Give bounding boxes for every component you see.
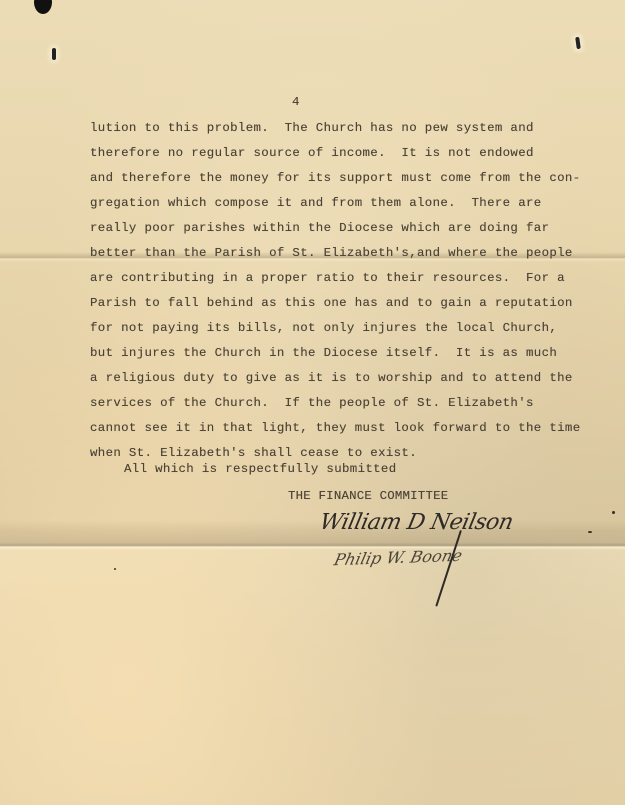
ink-speck — [114, 568, 116, 570]
body-line: a religious duty to give as it is to wor… — [90, 371, 573, 385]
paper-fold-lower — [0, 520, 625, 550]
body-line: when St. Elizabeth's shall cease to exis… — [90, 446, 417, 460]
signature-philip-boone: Philip W. Boone — [332, 546, 464, 569]
closing-line: All which is respectfully submitted — [124, 462, 397, 476]
signature-william-neilson: William D Neilson — [317, 510, 515, 535]
document-page: 4 lution to this problem. The Church has… — [0, 0, 625, 805]
body-line: services of the Church. If the people of… — [90, 396, 534, 410]
body-line: gregation which compose it and from them… — [90, 196, 542, 210]
punch-hole-icon — [34, 0, 52, 14]
body-line: cannot see it in that light, they must l… — [90, 421, 581, 435]
body-line: really poor parishes within the Diocese … — [90, 221, 549, 235]
committee-name: THE FINANCE COMMITTEE — [288, 489, 448, 503]
body-line: better than the Parish of St. Elizabeth'… — [90, 246, 573, 260]
body-line: and therefore the money for its support … — [90, 171, 581, 185]
ink-speck — [588, 531, 592, 533]
body-line: Parish to fall behind as this one has an… — [90, 296, 573, 310]
body-line: are contributing in a proper ratio to th… — [90, 271, 565, 285]
staple-slot-right-icon — [575, 37, 581, 49]
staple-slot-left-icon — [52, 48, 56, 60]
body-line: for not paying its bills, not only injur… — [90, 321, 557, 335]
body-line: lution to this problem. The Church has n… — [90, 121, 534, 135]
page-number: 4 — [292, 95, 300, 109]
body-line: but injures the Church in the Diocese it… — [90, 346, 557, 360]
body-line: therefore no regular source of income. I… — [90, 146, 534, 160]
ink-speck — [612, 511, 615, 514]
